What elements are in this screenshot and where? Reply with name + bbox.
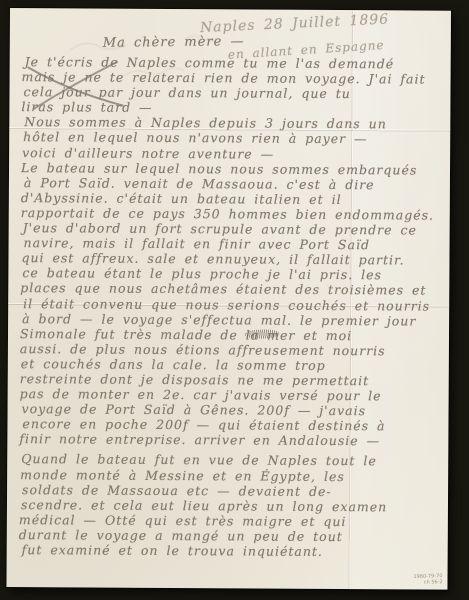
- letter-paper: Naples 28 Juillet 1896 Ma chère mère — e…: [6, 8, 451, 590]
- accession-line: ch 56-2: [414, 579, 443, 586]
- salutation: Ma chère mère —: [103, 34, 245, 51]
- letter-line: finir notre entreprise. arriver en Andal…: [19, 431, 439, 449]
- accession-note: 1960-79-70 ch 56-2: [413, 573, 442, 586]
- letter-photograph: Naples 28 Juillet 1896 Ma chère mère — e…: [0, 0, 469, 600]
- letter-line: fut examiné et on le trouva inquiétant.: [22, 542, 439, 560]
- letter-body: Je t'écris de Naples comme tu me l'as de…: [19, 54, 442, 560]
